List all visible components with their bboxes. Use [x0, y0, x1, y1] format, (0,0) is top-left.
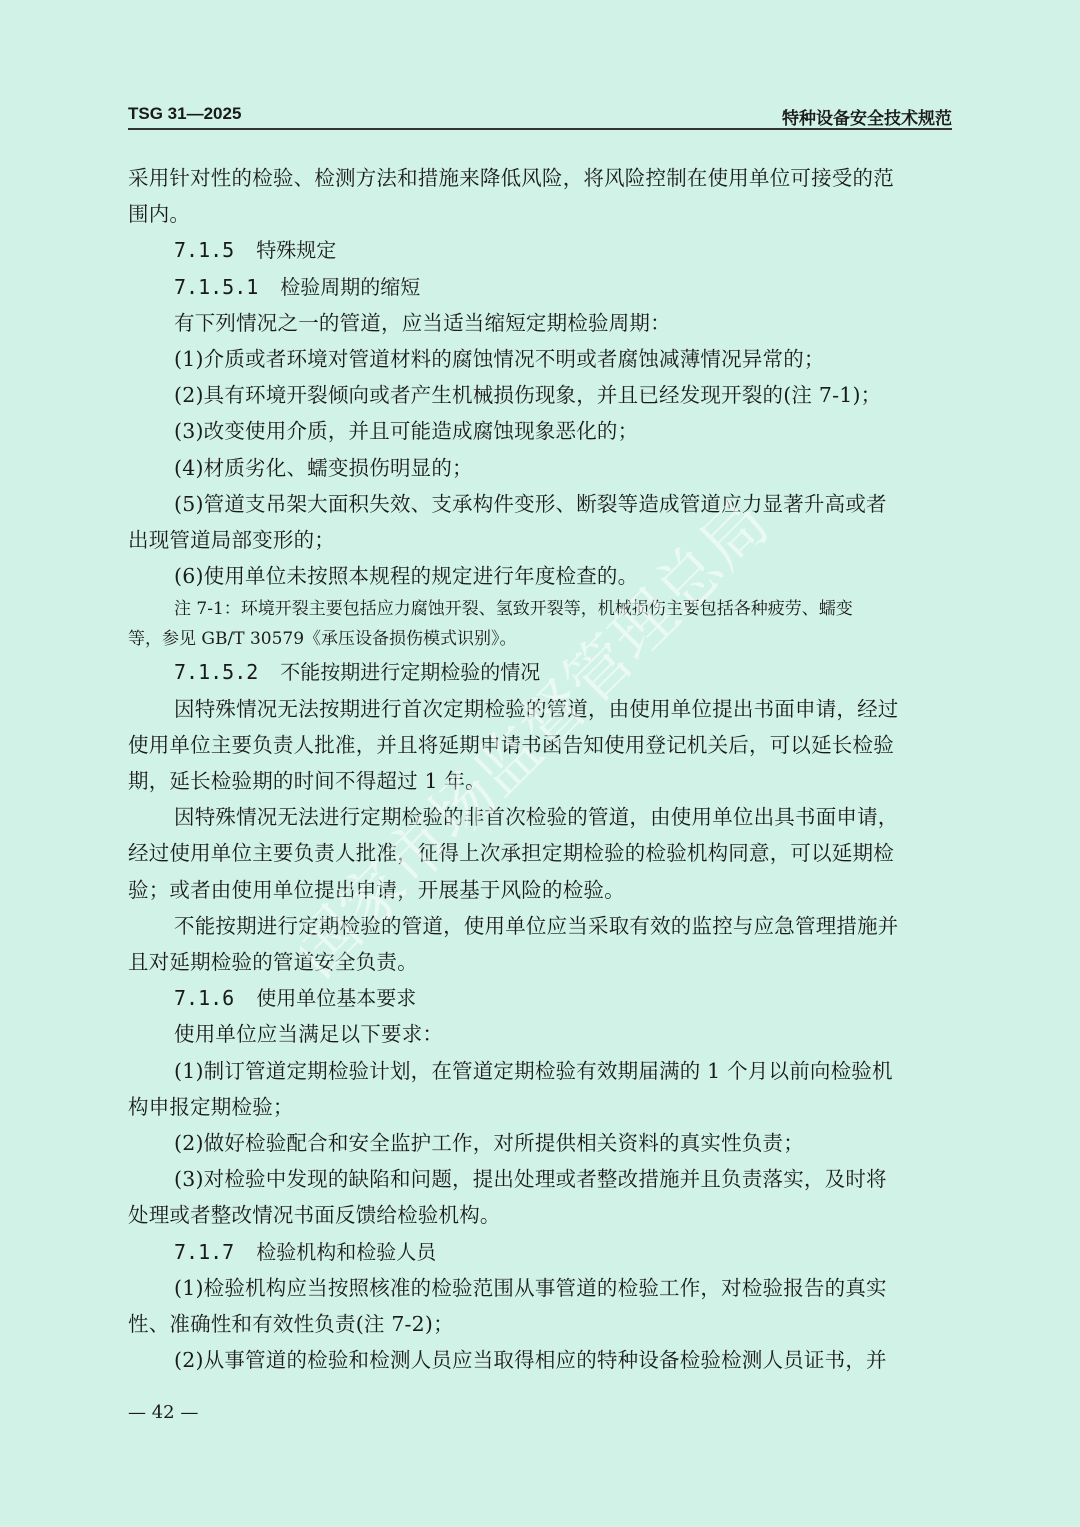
text-line: (1)介质或者环境对管道材料的腐蚀情况不明或者腐蚀减薄情况异常的； [128, 341, 952, 377]
text-line: 有下列情况之一的管道，应当适当缩短定期检验周期： [128, 305, 952, 341]
page-header: TSG 31—2025 特种设备安全技术规范 [128, 104, 952, 130]
footnote-line: 注 7-1：环境开裂主要包括应力腐蚀开裂、氢致开裂等，机械损伤主要包括各种疲劳、… [128, 594, 952, 624]
header-title: 特种设备安全技术规范 [782, 104, 952, 129]
text-line: (2)从事管道的检验和检测人员应当取得相应的特种设备检验检测人员证书，并 [128, 1342, 952, 1378]
text-line: (3)对检验中发现的缺陷和问题，提出处理或者整改措施并且负责落实，及时将 [128, 1161, 952, 1197]
section-number: 7.1.5.2 [174, 660, 258, 684]
section-heading: 7.1.5.1检验周期的缩短 [128, 269, 952, 305]
section-heading: 7.1.5.2不能按期进行定期检验的情况 [128, 654, 952, 690]
text-line: 且对延期检验的管道安全负责。 [128, 944, 952, 980]
text-line: 不能按期进行定期检验的管道，使用单位应当采取有效的监控与应急管理措施并 [128, 908, 952, 944]
text-line: 期，延长检验期的时间不得超过 1 年。 [128, 763, 952, 799]
document-body: 采用针对性的检验、检测方法和措施来降低风险，将风险控制在使用单位可接受的范围内。… [128, 160, 952, 1379]
text-line: (1)制订管道定期检验计划，在管道定期检验有效期届满的 1 个月以前向检验机 [128, 1053, 952, 1089]
text-line: (2)具有环境开裂倾向或者产生机械损伤现象，并且已经发现开裂的(注 7-1)； [128, 377, 952, 413]
text-line: (6)使用单位未按照本规程的规定进行年度检查的。 [128, 558, 952, 594]
text-line: (4)材质劣化、蠕变损伤明显的； [128, 450, 952, 486]
section-title: 检验周期的缩短 [280, 275, 420, 299]
text-line: (2)做好检验配合和安全监护工作，对所提供相关资料的真实性负责； [128, 1125, 952, 1161]
section-title: 使用单位基本要求 [256, 986, 416, 1010]
footnote-line: 等，参见 GB/T 30579《承压设备损伤模式识别》。 [128, 624, 952, 654]
text-line: 因特殊情况无法按期进行首次定期检验的管道，由使用单位提出书面申请，经过 [128, 691, 952, 727]
text-line: (5)管道支吊架大面积失效、支承构件变形、断裂等造成管道应力显著升高或者 [128, 486, 952, 522]
text-line: 出现管道局部变形的； [128, 522, 952, 558]
text-line: (1)检验机构应当按照核准的检验范围从事管道的检验工作，对检验报告的真实 [128, 1270, 952, 1306]
text-line: 使用单位主要负责人批准，并且将延期申请书函告知使用登记机关后，可以延长检验 [128, 727, 952, 763]
text-line: 处理或者整改情况书面反馈给检验机构。 [128, 1197, 952, 1233]
text-line: 性、准确性和有效性负责(注 7-2)； [128, 1306, 952, 1342]
text-line: 经过使用单位主要负责人批准，征得上次承担定期检验的检验机构同意，可以延期检 [128, 835, 952, 871]
section-number: 7.1.6 [174, 986, 234, 1010]
text-line: 使用单位应当满足以下要求： [128, 1016, 952, 1052]
text-line: 采用针对性的检验、检测方法和措施来降低风险，将风险控制在使用单位可接受的范 [128, 160, 952, 196]
section-title: 不能按期进行定期检验的情况 [280, 660, 540, 684]
section-heading: 7.1.7检验机构和检验人员 [128, 1234, 952, 1270]
page-number: — 42 — [128, 1402, 198, 1423]
section-heading: 7.1.6使用单位基本要求 [128, 980, 952, 1016]
section-title: 检验机构和检验人员 [256, 1240, 436, 1264]
section-title: 特殊规定 [256, 238, 336, 262]
text-line: (3)改变使用介质，并且可能造成腐蚀现象恶化的； [128, 413, 952, 449]
section-heading: 7.1.5特殊规定 [128, 232, 952, 268]
section-number: 7.1.5 [174, 238, 234, 262]
text-line: 围内。 [128, 196, 952, 232]
standard-code: TSG 31—2025 [128, 104, 241, 124]
text-line: 验；或者由使用单位提出申请，开展基于风险的检验。 [128, 872, 952, 908]
text-line: 因特殊情况无法进行定期检验的非首次检验的管道，由使用单位出具书面申请， [128, 799, 952, 835]
text-line: 构申报定期检验； [128, 1089, 952, 1125]
section-number: 7.1.7 [174, 1240, 234, 1264]
section-number: 7.1.5.1 [174, 275, 258, 299]
